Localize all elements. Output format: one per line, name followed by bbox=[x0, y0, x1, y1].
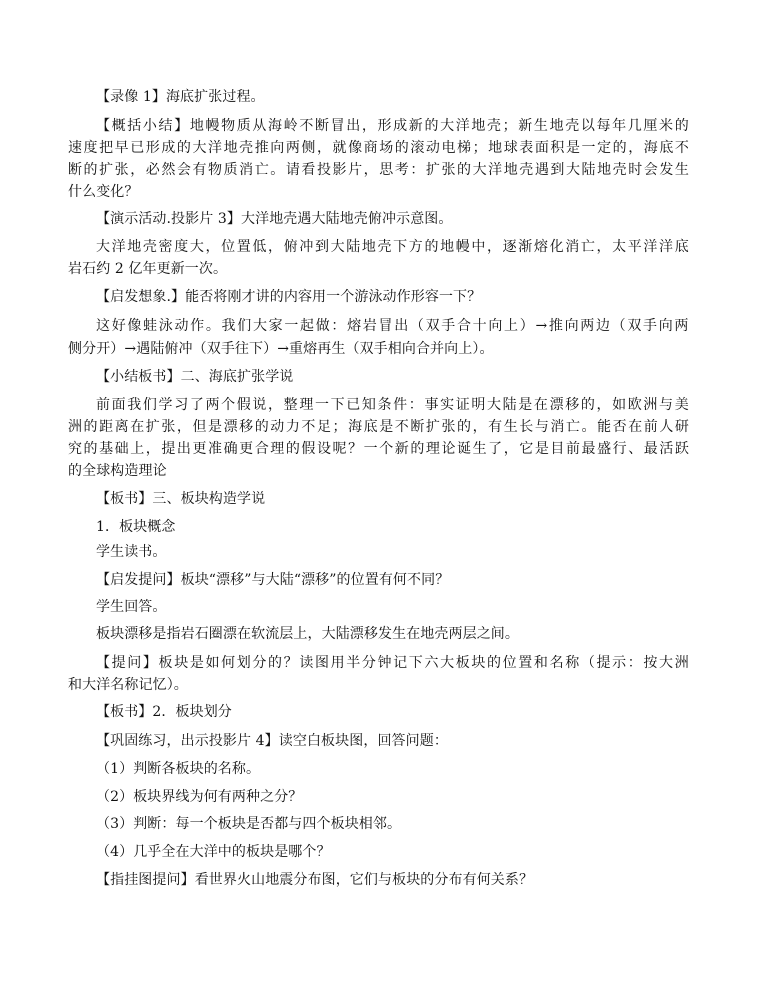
text-line: 岩石约 2 亿年更新一次。 bbox=[68, 261, 227, 277]
text-line: 【指挂图提问】看世界火山地震分布图，它们与板块的分布有何关系？ bbox=[96, 872, 533, 888]
text-line: 的全球构造理论 bbox=[68, 463, 167, 479]
text-line: 这好像蛙泳动作。我们大家一起做：熔岩冒出（双手合十向上）→推向两边（双手向两 bbox=[96, 318, 690, 334]
text-line: （3）判断：每一个板块是否都与四个板块相邻。 bbox=[96, 816, 401, 832]
text-line: 洲的距离在扩张，但是漂移的动力不足；海底是不断扩张的，有生长与消亡。能否在前人研 bbox=[68, 419, 690, 435]
text-line: 【板书】三、板块构造学说 bbox=[96, 491, 265, 507]
text-line: 大洋地壳密度大，位置低，俯冲到大陆地壳下方的地幔中，逐渐熔化消亡，太平洋洋底 bbox=[96, 239, 690, 255]
text-line: 1．板块概念 bbox=[96, 519, 176, 535]
text-line: 究的基础上，提出更准确更合理的假设呢？一个新的理论诞生了，它是目前最盛行、最活跃 bbox=[68, 441, 690, 457]
text-line: 【启发提问】板块“漂移”与大陆“漂移”的位置有何不同？ bbox=[96, 572, 449, 588]
text-line: （1）判断各板块的名称。 bbox=[96, 761, 260, 777]
text-line: 【录像 1】海底扩张过程。 bbox=[96, 89, 265, 105]
text-line: 学生读书。 bbox=[96, 544, 167, 560]
text-line: 速度把早已形成的大洋地壳推向两侧，就像商场的滚动电梯；地球表面积是一定的，海底不 bbox=[68, 140, 690, 156]
text-line: 【启发想象.】能否将刚才讲的内容用一个游泳动作形容一下？ bbox=[96, 289, 481, 305]
text-line: 【演示活动.投影片 3】大洋地壳遇大陆地壳俯冲示意图。 bbox=[96, 211, 453, 227]
text-line: 【提问】板块是如何划分的？读图用半分钟记下六大板块的位置和名称（提示：按大洲 bbox=[96, 655, 690, 671]
text-line: 【小结板书】二、海底扩张学说 bbox=[96, 369, 293, 385]
text-line: 侧分开）→遇陆俯冲（双手往下）→重熔再生（双手相向合并向上）。 bbox=[68, 341, 494, 357]
text-line: 前面我们学习了两个假说，整理一下已知条件：事实证明大陆是在漂移的，如欧洲与美 bbox=[96, 397, 690, 413]
text-line: 【概括小结】地幔物质从海岭不断冒出，形成新的大洋地壳；新生地壳以每年几厘米的 bbox=[96, 118, 690, 134]
text-line: 板块漂移是指岩石圈漂在软流层上，大陆漂移发生在地壳两层之间。 bbox=[96, 626, 519, 642]
text-line: （4）几乎全在大洋中的板块是哪个？ bbox=[96, 844, 331, 860]
text-line: 【板书】2．板块划分 bbox=[96, 704, 232, 720]
text-line: 学生回答。 bbox=[96, 599, 167, 615]
text-line: 【巩固练习，出示投影片 4】读空白板块图，回答问题： bbox=[96, 733, 448, 749]
text-line: 和大洋名称记忆）。 bbox=[68, 677, 188, 693]
text-line: 断的扩张，必然会有物质消亡。请看投影片，思考：扩张的大洋地壳遇到大陆地壳时会发生 bbox=[68, 162, 690, 178]
text-line: 什么变化？ bbox=[68, 184, 139, 200]
text-line: （2）板块界线为何有两种之分？ bbox=[96, 789, 302, 805]
